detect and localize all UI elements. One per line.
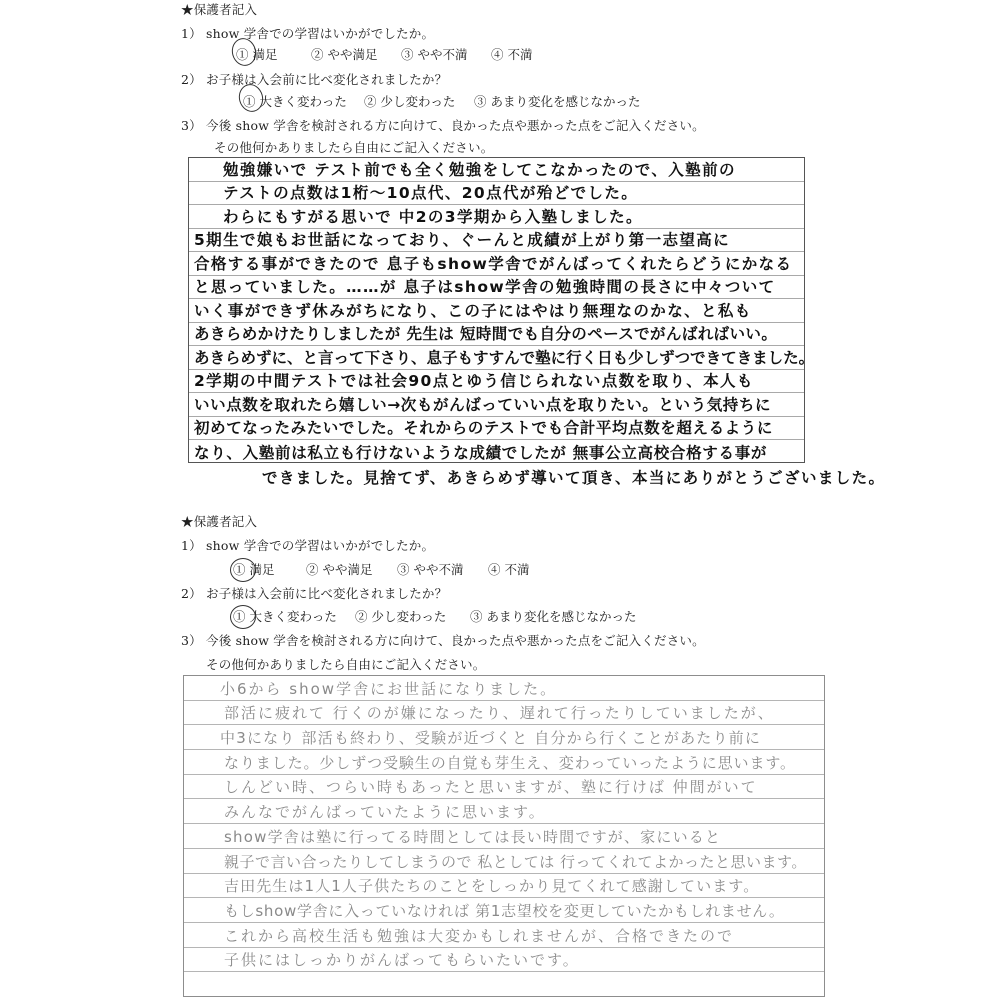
q1-option-2[interactable]: ② やや満足 [306,560,372,578]
q2-option-3[interactable]: ③ あまり変化を感じなかった [470,607,636,625]
handwritten-text: show学舎は塾に行ってる時間としては長い時間ですが、家にいると [224,826,721,847]
answer-line: あきらめかけたりしましたが 先生は 短時間でも自分のペースでがんばればいい。 [189,323,804,347]
answer-line: 中3になり 部活も終わり、受験が近づくと 自分から行くことがあたり前に [184,725,824,750]
handwritten-text: なり、入塾前は私立も行けないような成績でしたが 無事公立高校合格する事が [194,441,767,463]
handwritten-text: と思っていました。……が 息子はshow学舎の勉強時間の長さに中々ついて [194,275,776,297]
answer-line: わらにもすがる思いで 中2の3学期から入塾しました。 [189,205,804,229]
handwritten-text: みんなでがんばっていたように思います。 [224,801,546,822]
answer-line: これから高校生活も勉強は大変かもしれませんが、合格できたので [184,923,824,948]
q1-option-3[interactable]: ③ やや不満 [401,45,467,63]
form-heading: ★保護者記入 [181,0,257,18]
handwritten-text: 合格する事ができたので 息子もshow学舎でがんばってくれたらどうにかなる [194,252,792,274]
answer-line: 合格する事ができたので 息子もshow学舎でがんばってくれたらどうにかなる [189,252,804,276]
answer-line: しんどい時、つらい時もあったと思いますが、塾に行けば 仲間がいて [184,775,824,800]
question-2-label: 2） お子様は入会前に比べ変化されましたか？ [181,70,447,88]
handwritten-text: 初めてなったみたいでした。それからのテストでも合計平均点数を超えるように [194,416,773,438]
handwritten-text: 小6から show学舎にお世話になりました。 [220,678,557,699]
handwritten-text: 吉田先生は1人1人子供たちのことをしっかり見てくれて感謝しています。 [224,875,759,896]
handwritten-text: 2学期の中間テストでは社会90点とゆう信じられない点数を取り、本人も [194,369,754,391]
handwritten-text: 部活に疲れて 行くのが嫌になったり、遅れて行ったりしていましたが、 [224,702,775,723]
question-2-label: 2） お子様は入会前に比べ変化されましたか？ [181,584,447,602]
handwritten-text: 5期生で娘もお世話になっており、ぐーんと成績が上がり第一志望高に [194,228,730,250]
q1-option-1[interactable]: ① 満足 [233,560,274,578]
q1-option-1[interactable]: ① 満足 [236,45,277,63]
q2-option-2[interactable]: ② 少し変わった [364,92,455,110]
form-heading: ★保護者記入 [181,512,257,530]
answer-line: 2学期の中間テストでは社会90点とゆう信じられない点数を取り、本人も [189,370,804,394]
handwritten-text: 親子で言い合ったりしてしまうので 私としては 行ってくれてよかったと思います。 [224,851,807,872]
answer-line: みんなでがんばっていたように思います。 [184,799,824,824]
handwritten-text: 中3になり 部活も終わり、受験が近づくと 自分から行くことがあたり前に [220,727,761,748]
free-comment-box[interactable]: 小6から show学舎にお世話になりました。 部活に疲れて 行くのが嫌になったり… [183,675,825,997]
handwritten-text: しんどい時、つらい時もあったと思いますが、塾に行けば 仲間がいて [224,776,758,797]
answer-line: 初めてなったみたいでした。それからのテストでも合計平均点数を超えるように [189,417,804,441]
answer-line: もしshow学舎に入っていなければ 第1志望校を変更していたかもしれません。 [184,898,824,923]
handwritten-overflow-text: できました。見捨てず、あきらめず導いて頂き、本当にありがとうございました。 [262,466,885,488]
answer-line: 部活に疲れて 行くのが嫌になったり、遅れて行ったりしていましたが、 [184,701,824,726]
answer-line: 親子で言い合ったりしてしまうので 私としては 行ってくれてよかったと思います。 [184,849,824,874]
question-3-label: 3） 今後 show 学舎を検討される方に向けて、良かった点や悪かった点をご記入… [181,116,705,134]
question-1-label: 1） show 学舎での学習はいかがでしたか。 [181,536,434,554]
answer-line: 子供にはしっかりがんばってもらいたいです。 [184,948,824,973]
q2-option-2[interactable]: ② 少し変わった [355,607,446,625]
q1-option-3[interactable]: ③ やや不満 [397,560,463,578]
answer-line [184,972,824,997]
handwritten-text: 子供にはしっかりがんばってもらいたいです。 [224,949,580,970]
question-3-sublabel: その他何かありましたら自由にご記入ください。 [214,138,493,156]
q1-option-4[interactable]: ④ 不満 [488,560,529,578]
q1-option-4[interactable]: ④ 不満 [491,45,532,63]
handwritten-text: なりました。少しずつ受験生の自覚も芽生え、変わっていったように思います。 [224,752,796,773]
answer-line: 小6から show学舎にお世話になりました。 [184,676,824,701]
answer-line: なりました。少しずつ受験生の自覚も芽生え、変わっていったように思います。 [184,750,824,775]
answer-line: 勉強嫌いで テスト前でも全く勉強をしてこなかったので、入塾前の [189,158,804,182]
q2-option-1[interactable]: ① 大きく変わった [243,92,347,110]
answer-line: いく事ができず休みがちになり、この子にはやはり無理なのかな、と私も [189,299,804,323]
handwritten-text: これから高校生活も勉強は大変かもしれませんが、合格できたので [224,925,734,946]
handwritten-text: テストの点数は1桁～10点代、20点代が殆どでした。 [223,181,638,203]
free-comment-box[interactable]: 勉強嫌いで テスト前でも全く勉強をしてこなかったので、入塾前の テストの点数は1… [188,157,805,463]
question-3-sublabel: その他何かありましたら自由にご記入ください。 [206,655,485,673]
q2-option-3[interactable]: ③ あまり変化を感じなかった [474,92,640,110]
handwritten-text: もしshow学舎に入っていなければ 第1志望校を変更していたかもしれません。 [224,900,785,921]
answer-line: あきらめずに、と言って下さり、息子もすすんで塾に行く日も少しずつできてきました。 [189,346,804,370]
handwritten-text: いく事ができず休みがちになり、この子にはやはり無理なのかな、と私も [194,299,752,321]
question-3-label: 3） 今後 show 学舎を検討される方に向けて、良かった点や悪かった点をご記入… [181,631,705,649]
answer-line: show学舎は塾に行ってる時間としては長い時間ですが、家にいると [184,824,824,849]
question-1-label: 1） show 学舎での学習はいかがでしたか。 [181,24,434,42]
answer-line: テストの点数は1桁～10点代、20点代が殆どでした。 [189,182,804,206]
q1-option-2[interactable]: ② やや満足 [311,45,377,63]
handwritten-text: あきらめずに、と言って下さり、息子もすすんで塾に行く日も少しずつできてきました。 [194,346,814,368]
handwritten-text: いい点数を取れたら嬉しい→次もがんばっていい点を取りたい。という気持ちに [194,393,771,415]
answer-line: 吉田先生は1人1人子供たちのことをしっかり見てくれて感謝しています。 [184,874,824,899]
answer-line: と思っていました。……が 息子はshow学舎の勉強時間の長さに中々ついて [189,276,804,300]
handwritten-text: わらにもすがる思いで 中2の3学期から入塾しました。 [223,205,643,227]
handwritten-text: あきらめかけたりしましたが 先生は 短時間でも自分のペースでがんばればいい。 [194,322,777,344]
q2-option-1[interactable]: ① 大きく変わった [233,607,337,625]
answer-line: いい点数を取れたら嬉しい→次もがんばっていい点を取りたい。という気持ちに [189,393,804,417]
answer-line: なり、入塾前は私立も行けないような成績でしたが 無事公立高校合格する事が [189,440,804,464]
handwritten-text: 勉強嫌いで テスト前でも全く勉強をしてこなかったので、入塾前の [223,158,736,180]
answer-line: 5期生で娘もお世話になっており、ぐーんと成績が上がり第一志望高に [189,229,804,253]
